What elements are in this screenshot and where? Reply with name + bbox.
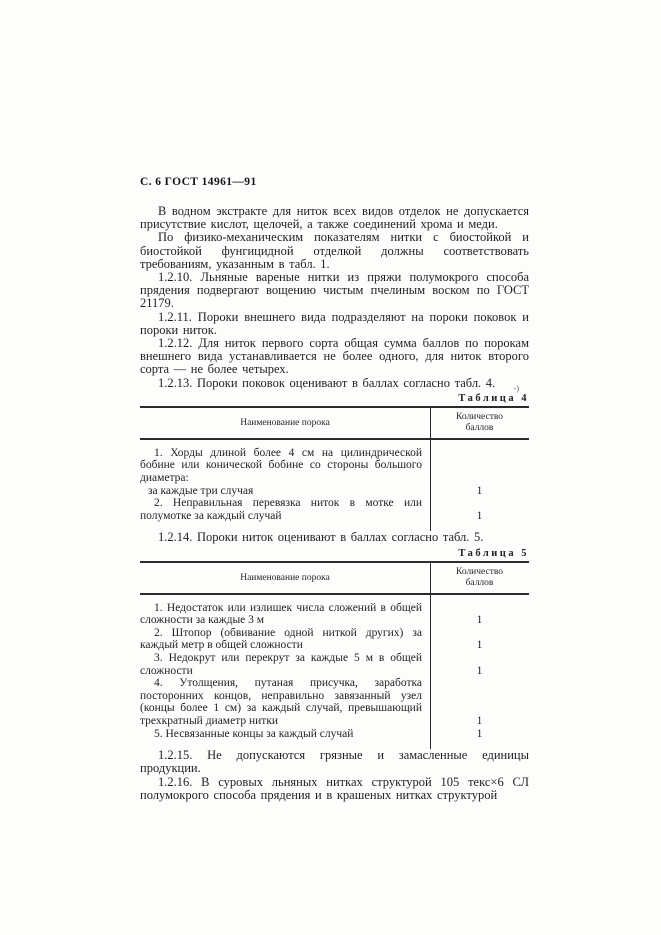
paragraph-1-2-15: 1.2.15. Не допускаются грязные и замасле… — [140, 749, 529, 775]
table-row: 1. Хорды длиной более 4 см на цилиндриче… — [140, 447, 529, 497]
table-row: 2. Неправильная перевязка ниток в мотке … — [140, 497, 529, 522]
defect-name-cell: 4. Утолщения, путаная присучка, заработк… — [140, 677, 430, 727]
column-header-score: Количество баллов — [430, 563, 529, 593]
table-5-header-row: Наименование порока Количество баллов — [140, 563, 529, 595]
defect-text: 5. Несвязанные концы за каждый случай — [140, 728, 422, 741]
table-row: 1. Недостаток или излишек числа сложений… — [140, 602, 529, 627]
scan-artifact: -) — [514, 384, 519, 393]
defect-subtext: за каждые три случая — [140, 485, 422, 498]
table-row: 4. Утолщения, путаная присучка, заработк… — [140, 677, 529, 727]
defect-name-cell: 2. Неправильная перевязка ниток в мотке … — [140, 497, 430, 522]
score-value: 1 — [430, 627, 529, 652]
score-value: 1 — [430, 728, 529, 741]
table-4-label-text: Таблица 4 — [458, 393, 529, 404]
table-4-label: -) Таблица 4 — [140, 393, 529, 404]
column-header-defect-name: Наименование порока — [140, 408, 430, 438]
table-row: 3. Недокрут или перекрут за каждые 5 м в… — [140, 652, 529, 677]
paragraph-1-2-14: 1.2.14. Пороки ниток оценивают в баллах … — [140, 531, 529, 544]
table-4-header-row: Наименование порока Количество баллов — [140, 408, 529, 440]
column-header-defect-name: Наименование порока — [140, 563, 430, 593]
table-4: Наименование порока Количество баллов 1.… — [140, 406, 529, 532]
paragraph-1-2-12: 1.2.12. Для ниток первого сорта общая су… — [140, 337, 529, 377]
table-5-label-text: Таблица 5 — [458, 548, 529, 559]
paragraph-1-2-13: 1.2.13. Пороки поковок оценивают в балла… — [140, 377, 529, 390]
score-value: 1 — [430, 447, 529, 497]
document-page: С. 6 ГОСТ 14961—91 В водном экстракте дл… — [0, 0, 661, 935]
paragraph-intro-1: В водном экстракте для ниток всех видов … — [140, 205, 529, 231]
score-value: 1 — [430, 677, 529, 727]
table-row: 5. Несвязанные концы за каждый случай 1 — [140, 728, 529, 741]
defect-name-cell: 1. Хорды длиной более 4 см на цилиндриче… — [140, 447, 430, 497]
paragraph-intro-2: По физико-механическим показателям нитки… — [140, 231, 529, 271]
table-5-label: Таблица 5 — [140, 548, 529, 559]
defect-text: 3. Недокрут или перекрут за каждые 5 м в… — [140, 652, 422, 677]
defect-name-cell: 3. Недокрут или перекрут за каждые 5 м в… — [140, 652, 430, 677]
table-row: 2. Штопор (обвивание одной ниткой других… — [140, 627, 529, 652]
score-value: 1 — [430, 497, 529, 522]
paragraph-1-2-11: 1.2.11. Пороки внешнего вида подразделяю… — [140, 311, 529, 337]
table-4-body: 1. Хорды длиной более 4 см на цилиндриче… — [140, 440, 529, 532]
defect-text: 2. Неправильная перевязка ниток в мотке … — [140, 497, 422, 522]
score-value: 1 — [430, 602, 529, 627]
paragraph-1-2-10: 1.2.10. Льняные вареные нитки из пряжи п… — [140, 271, 529, 311]
defect-name-cell: 2. Штопор (обвивание одной ниткой других… — [140, 627, 430, 652]
column-header-score: Количество баллов — [430, 408, 529, 438]
defect-name-cell: 1. Недостаток или излишек числа сложений… — [140, 602, 430, 627]
page-content: С. 6 ГОСТ 14961—91 В водном экстракте дл… — [140, 176, 529, 802]
table-5-body: 1. Недостаток или излишек числа сложений… — [140, 595, 529, 750]
score-value: 1 — [430, 652, 529, 677]
defect-text: 1. Недостаток или излишек числа сложений… — [140, 602, 422, 627]
table-5: Наименование порока Количество баллов 1.… — [140, 561, 529, 750]
defect-text: 1. Хорды длиной более 4 см на цилиндриче… — [140, 447, 422, 485]
defect-text: 4. Утолщения, путаная присучка, заработк… — [140, 677, 422, 727]
page-header: С. 6 ГОСТ 14961—91 — [140, 176, 529, 188]
defect-text: 2. Штопор (обвивание одной ниткой других… — [140, 627, 422, 652]
defect-name-cell: 5. Несвязанные концы за каждый случай — [140, 728, 430, 741]
paragraph-1-2-16: 1.2.16. В суровых льняных нитках структу… — [140, 776, 529, 802]
